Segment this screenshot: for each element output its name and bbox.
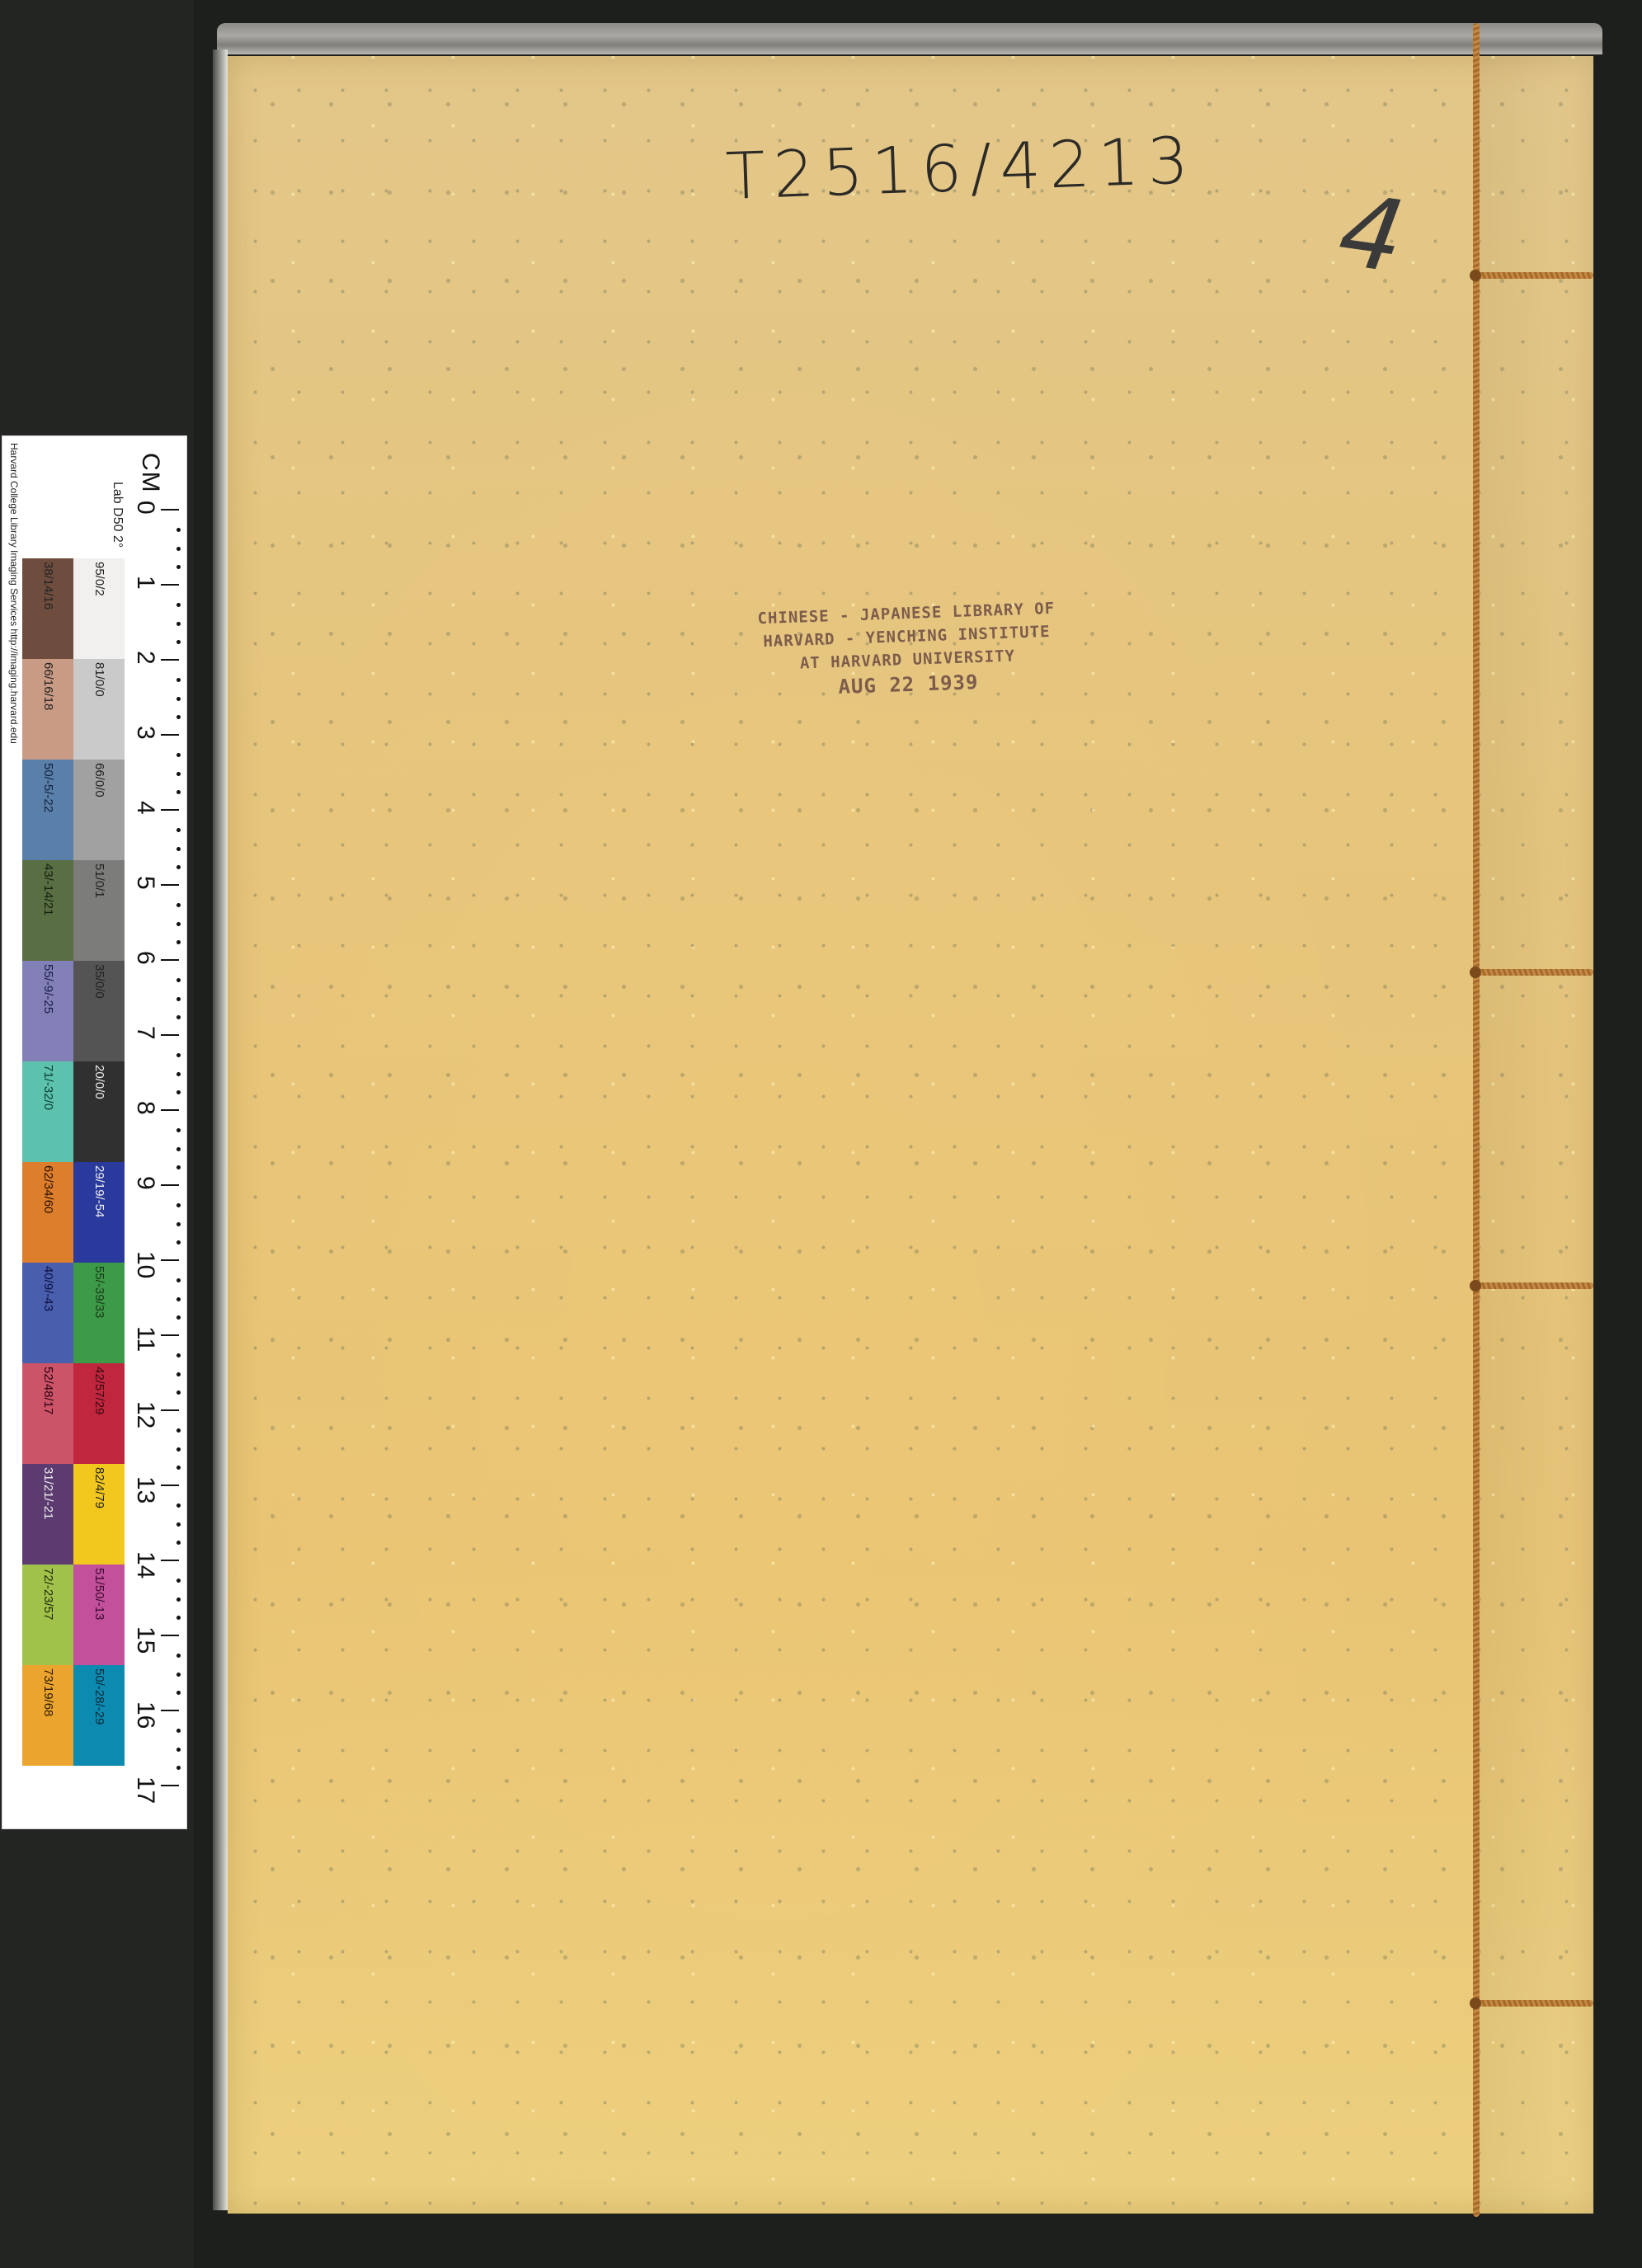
patch-lab-value: 51/0/1 — [73, 863, 125, 898]
color-patch: 71/-32/0 — [22, 1061, 73, 1162]
ruler-minor-dot — [176, 903, 181, 907]
ruler-tick-label: 10 — [134, 1251, 159, 1278]
patch-lab-value: 82/4/79 — [73, 1467, 125, 1508]
ruler-minor-dot — [176, 1053, 181, 1057]
ruler-minor-dot — [176, 1766, 181, 1770]
patch-lab-value: 95/0/2 — [73, 562, 125, 596]
ruler-major-tick — [161, 1485, 179, 1486]
binding-thread-horizontal — [1473, 1282, 1593, 1289]
gray-color-patch: 55/-39/33 — [73, 1263, 125, 1363]
ruler-minor-dot — [176, 1691, 181, 1695]
gray-color-patch: 66/0/0 — [73, 760, 125, 860]
ruler-minor-dot — [176, 790, 181, 794]
ruler-minor-dot — [176, 997, 181, 1001]
patch-lab-value: 73/19/68 — [22, 1668, 73, 1716]
book-page-edges-top — [217, 23, 1602, 54]
patch-lab-value: 52/48/17 — [22, 1367, 73, 1414]
patch-lab-value: 72/-23/57 — [22, 1568, 73, 1620]
binding-knot — [1470, 270, 1481, 281]
ruler-major-tick — [161, 1259, 179, 1261]
patch-lab-value: 62/34/60 — [22, 1165, 73, 1213]
color-patch: 43/-14/21 — [22, 860, 73, 961]
binding-margin — [1473, 56, 1594, 2214]
ruler-minor-dot — [176, 1466, 181, 1470]
library-accession-stamp: CHINESE - JAPANESE LIBRARY OF HARVARD - … — [757, 597, 1057, 703]
ruler-major-tick — [161, 1409, 179, 1411]
gray-color-patch: 51/0/1 — [73, 860, 125, 961]
color-patch: 38/14/16 — [22, 558, 73, 659]
color-patch: 50/-5/-22 — [22, 760, 73, 860]
color-patch: 72/-23/57 — [22, 1565, 73, 1665]
patch-lab-value: 50/-28/-29 — [73, 1668, 125, 1725]
patch-lab-value: 81/0/0 — [73, 662, 125, 697]
color-patch: 40/9/-43 — [22, 1263, 73, 1363]
ruler-minor-dot — [176, 678, 181, 682]
ruler-tick-label: 0 — [134, 501, 159, 515]
color-patch: 55/-9/-25 — [22, 961, 73, 1061]
patch-lab-value: 20/0/0 — [73, 1065, 125, 1099]
ruler-minor-dot — [176, 1597, 181, 1602]
ruler-minor-dot — [176, 715, 181, 719]
ruler-major-tick — [161, 1560, 179, 1561]
patch-lab-value: 29/19/-54 — [73, 1165, 125, 1217]
ruler-minor-dot — [176, 772, 181, 776]
ruler-minor-dot — [176, 1579, 181, 1583]
patch-lab-value: 40/9/-43 — [22, 1266, 73, 1311]
ruler-minor-dot — [176, 1353, 181, 1358]
ruler-major-tick — [161, 1785, 179, 1786]
color-patch: 66/16/18 — [22, 659, 73, 760]
gray-color-patch: 95/0/2 — [73, 558, 125, 659]
ruler-minor-dot — [176, 1729, 181, 1733]
patch-lab-value: 38/14/16 — [22, 562, 73, 609]
ruler-major-tick — [161, 659, 179, 661]
ruler-minor-dot — [176, 697, 181, 701]
ruler-tick-label: 12 — [134, 1401, 159, 1428]
ruler-tick-label: 11 — [134, 1326, 159, 1352]
ruler-minor-dot — [176, 1278, 181, 1282]
ruler-major-tick — [161, 809, 179, 811]
ruler-major-tick — [161, 509, 179, 511]
ruler-minor-dot — [176, 1128, 181, 1132]
binding-thread-horizontal — [1473, 969, 1593, 976]
target-credit-text: Harvard College Library Imaging Services… — [6, 436, 22, 1837]
ruler-tick-label: 7 — [134, 1026, 159, 1040]
ruler-tick-label: 15 — [134, 1626, 159, 1654]
ruler-minor-dot — [176, 622, 181, 626]
ruler-major-tick — [161, 959, 179, 961]
patch-lab-value: 66/0/0 — [73, 763, 125, 798]
ruler-tick-label: 14 — [134, 1551, 159, 1579]
ruler-major-tick — [161, 1334, 179, 1336]
binding-knot — [1470, 1280, 1481, 1292]
ruler-major-tick — [161, 734, 179, 736]
ruler-minor-dot — [176, 1673, 181, 1677]
ruler-minor-dot — [176, 828, 181, 832]
ruler-minor-dot — [176, 1222, 181, 1226]
ruler-tick-label: 5 — [134, 876, 159, 890]
ruler-tick-label: 13 — [134, 1476, 159, 1503]
ruler-tick-label: 1 — [134, 576, 159, 590]
binding-knot — [1470, 1997, 1481, 2009]
ruler-minor-dot — [176, 565, 181, 569]
ruler-minor-dot — [176, 1541, 181, 1545]
gray-color-patch: 42/57/29 — [73, 1363, 125, 1464]
color-patch: 31/21/-21 — [22, 1464, 73, 1565]
ruler-minor-dot — [176, 1315, 181, 1320]
ruler-major-tick — [161, 1109, 179, 1111]
ruler-minor-dot — [176, 1522, 181, 1527]
ruler-minor-dot — [176, 1428, 181, 1433]
patch-lab-value: 55/-39/33 — [73, 1266, 125, 1318]
gray-color-patch: 35/0/0 — [73, 961, 125, 1061]
ruler-minor-dot — [176, 1654, 181, 1658]
ruler-minor-dot — [176, 1372, 181, 1376]
ruler-minor-dot — [176, 940, 181, 944]
ruler-major-tick — [161, 884, 179, 886]
patch-lab-value: 50/-5/-22 — [22, 763, 73, 812]
ruler-minor-dot — [176, 865, 181, 869]
patch-lab-value: 42/57/29 — [73, 1367, 125, 1414]
color-patch: 52/48/17 — [22, 1363, 73, 1464]
ruler-minor-dot — [176, 528, 181, 532]
patch-lab-value: 43/-14/21 — [22, 863, 73, 915]
book-cover — [228, 56, 1593, 2214]
ruler-minor-dot — [176, 547, 181, 551]
ruler-minor-dot — [176, 603, 181, 607]
ruler-minor-dot — [176, 1503, 181, 1508]
ruler-minor-dot — [176, 1390, 181, 1395]
ruler-minor-dot — [176, 1748, 181, 1752]
gray-color-patch: 81/0/0 — [73, 659, 125, 760]
patch-lab-value: 71/-32/0 — [22, 1065, 73, 1110]
ruler-minor-dot — [176, 922, 181, 926]
patch-lab-value: 31/21/-21 — [22, 1467, 73, 1519]
ruler-minor-dot — [176, 1165, 181, 1169]
ruler-minor-dot — [176, 1297, 181, 1301]
ruler-major-tick — [161, 584, 179, 586]
binding-knot — [1470, 967, 1481, 978]
ruler-minor-dot — [176, 1090, 181, 1094]
ruler-major-tick — [161, 1184, 179, 1186]
ruler-major-tick — [161, 1034, 179, 1036]
patch-lab-value: 35/0/0 — [73, 964, 125, 999]
binding-thread-horizontal — [1473, 2000, 1593, 2007]
ruler-tick-label: 17 — [134, 1776, 159, 1804]
ruler-minor-dot — [176, 1072, 181, 1076]
ruler-tick-label: 9 — [134, 1176, 159, 1190]
ruler-minor-dot — [176, 847, 181, 851]
patch-lab-value: 55/-9/-25 — [22, 964, 73, 1014]
ruler-minor-dot — [176, 1616, 181, 1620]
gray-color-patch: 50/-28/-29 — [73, 1665, 125, 1766]
color-calibration-target: Harvard College Library Imaging Services… — [2, 435, 187, 1829]
patch-lab-value: 66/16/18 — [22, 662, 73, 710]
ruler-minor-dot — [176, 1447, 181, 1452]
book-page-edges-left — [213, 49, 228, 2210]
ruler-tick-label: 4 — [134, 801, 159, 815]
ruler-minor-dot — [176, 640, 181, 644]
ruler-tick-label: 3 — [134, 726, 159, 740]
ruler-minor-dot — [176, 1240, 181, 1245]
ruler-minor-dot — [176, 1015, 181, 1019]
gray-color-patch: 51/50/-13 — [73, 1565, 125, 1665]
gray-color-patch: 29/19/-54 — [73, 1162, 125, 1263]
ruler-minor-dot — [176, 1147, 181, 1151]
color-space-label: Lab D50 2° — [110, 482, 125, 548]
ruler-tick-label: 16 — [134, 1701, 159, 1729]
patch-lab-value: 51/50/-13 — [73, 1568, 125, 1620]
gray-color-patch: 20/0/0 — [73, 1061, 125, 1162]
ruler-tick-label: 2 — [134, 651, 159, 665]
ruler-major-tick — [161, 1635, 179, 1636]
centimeter-ruler: 01234567891011121314151617 — [134, 436, 186, 1830]
ruler-major-tick — [161, 1710, 179, 1711]
gray-color-patch: 82/4/79 — [73, 1464, 125, 1565]
color-patch: 62/34/60 — [22, 1162, 73, 1263]
color-patch: 73/19/68 — [22, 1665, 73, 1766]
ruler-minor-dot — [176, 753, 181, 757]
ruler-minor-dot — [176, 978, 181, 982]
binding-thread-vertical — [1473, 23, 1480, 2217]
ruler-tick-label: 6 — [134, 951, 159, 965]
ruler-tick-label: 8 — [134, 1101, 159, 1115]
ruler-minor-dot — [176, 1203, 181, 1207]
binding-thread-horizontal — [1473, 272, 1593, 279]
